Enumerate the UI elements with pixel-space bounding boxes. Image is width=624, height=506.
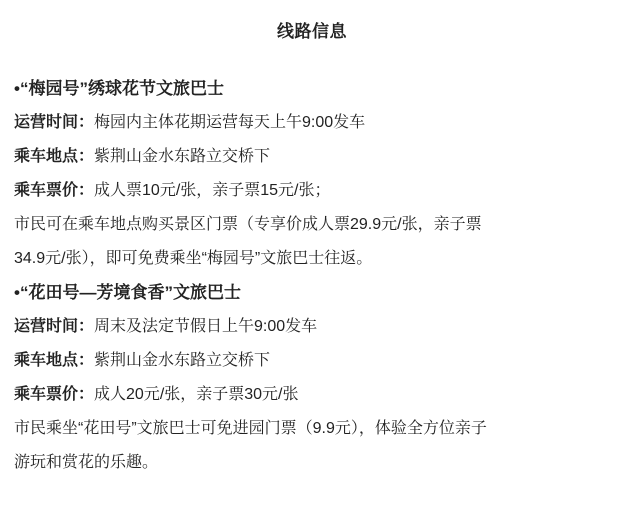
- note-line: 游玩和赏花的乐趣。: [14, 446, 610, 480]
- note-line: 34.9元/张），即可免费乘坐“梅园号”文旅巴士往返。: [14, 242, 610, 276]
- row-value: 紫荆山金水东路立交桥下: [94, 148, 270, 165]
- row-label: 乘车票价：: [14, 182, 94, 199]
- row-value: 梅园内主体花期运营每天上午9:00发车: [94, 114, 365, 131]
- row-label: 乘车票价：: [14, 386, 94, 403]
- row-value: 成人20元/张，亲子票30元/张: [94, 386, 299, 403]
- note-line: 市民乘坐“花田号”文旅巴士可免进园门票（9.9元），体验全方位亲子: [14, 412, 610, 446]
- row-value: 成人票10元/张，亲子票15元/张；: [94, 182, 331, 199]
- row-label: 乘车地点：: [14, 352, 94, 369]
- info-row-operating-time: 运营时间：梅园内主体花期运营每天上午9:00发车: [14, 106, 610, 140]
- note-line: 市民可在乘车地点购买景区门票（专享价成人票29.9元/张，亲子票: [14, 208, 610, 242]
- info-row-boarding-location: 乘车地点：紫荆山金水东路立交桥下: [14, 140, 610, 174]
- info-row-boarding-location: 乘车地点：紫荆山金水东路立交桥下: [14, 344, 610, 378]
- route-info-document: 线路信息 •“梅园号”绣球花节文旅巴士 运营时间：梅园内主体花期运营每天上午9:…: [0, 0, 624, 480]
- row-value: 周末及法定节假日上午9:00发车: [94, 318, 317, 335]
- row-label: 运营时间：: [14, 114, 94, 131]
- section-huatian: •“花田号—芳境食香”文旅巴士 运营时间：周末及法定节假日上午9:00发车 乘车…: [14, 276, 610, 480]
- info-row-ticket-price: 乘车票价：成人票10元/张，亲子票15元/张；: [14, 174, 610, 208]
- section-heading: •“花田号—芳境食香”文旅巴士: [14, 276, 610, 310]
- section-meiyuan: •“梅园号”绣球花节文旅巴士 运营时间：梅园内主体花期运营每天上午9:00发车 …: [14, 72, 610, 276]
- info-row-operating-time: 运营时间：周末及法定节假日上午9:00发车: [14, 310, 610, 344]
- section-heading: •“梅园号”绣球花节文旅巴士: [14, 72, 610, 106]
- info-row-ticket-price: 乘车票价：成人20元/张，亲子票30元/张: [14, 378, 610, 412]
- row-value: 紫荆山金水东路立交桥下: [94, 352, 270, 369]
- row-label: 运营时间：: [14, 318, 94, 335]
- page-title: 线路信息: [14, 14, 610, 50]
- row-label: 乘车地点：: [14, 148, 94, 165]
